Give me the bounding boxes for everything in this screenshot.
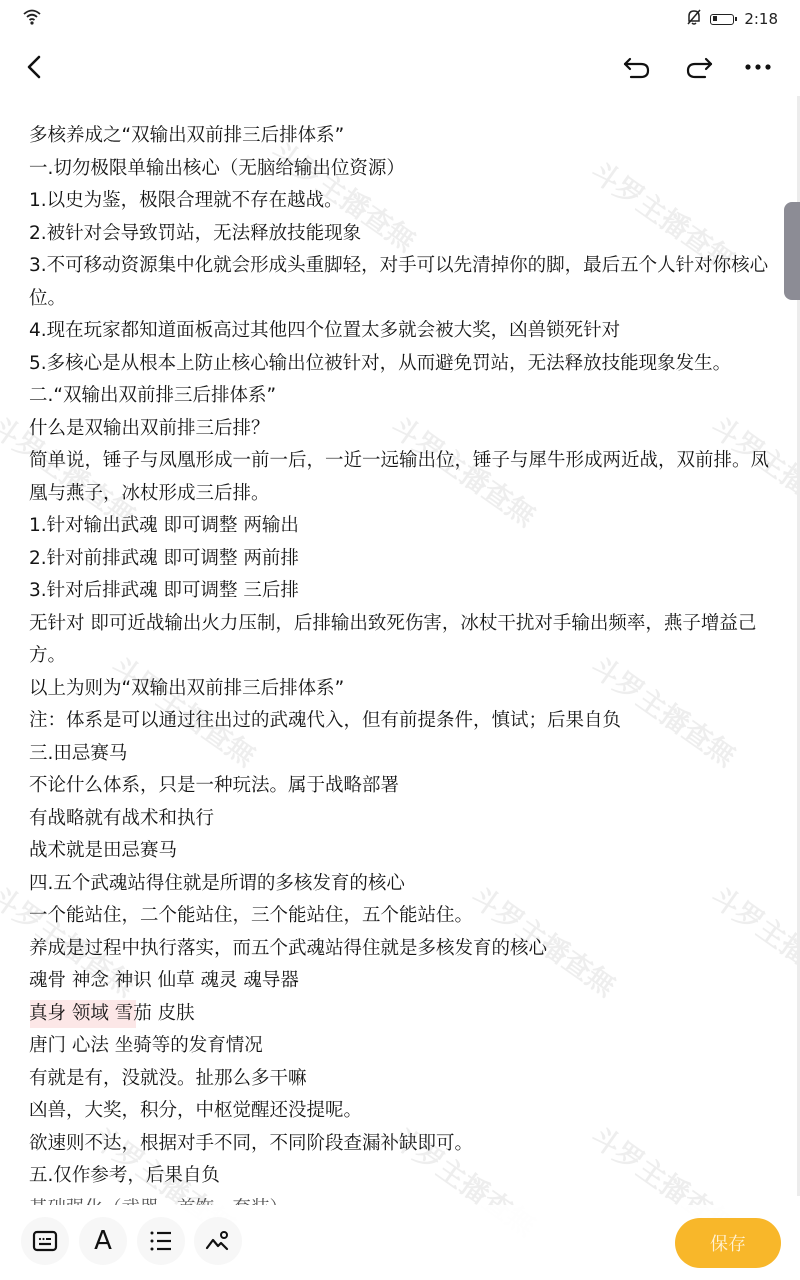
text-line: 唐门 心法 坐骑等的发育情况: [29, 1030, 774, 1063]
bottom-toolbar: A 保存: [0, 1205, 800, 1280]
section-heading-1: 一.切勿极限单输出核心（无脑给输出位资源）: [29, 153, 774, 186]
text-line-partial: 基础强化（武器，首饰，套装）: [29, 1193, 774, 1206]
text-line: 有就是有，没就没。扯那么多干嘛: [29, 1063, 774, 1096]
text-line: 3.不可移动资源集中化就会形成头重脚轻，对手可以先清掉你的脚，最后五个人针对你核…: [29, 250, 774, 315]
text-line: 注：体系是可以通过往出过的武魂代入，但有前提条件，慎试；后果自负: [29, 705, 774, 738]
top-nav: [0, 44, 800, 90]
image-icon: [205, 1230, 231, 1252]
text-line: 以上为则为“双输出双前排三后排体系”: [29, 673, 774, 706]
list-button[interactable]: [137, 1217, 185, 1265]
text-line: 3.针对后排武魂 即可调整 三后排: [29, 575, 774, 608]
text-line: 真身 领域 雪茄 皮肤: [29, 998, 774, 1031]
text-line: 2.针对前排武魂 即可调整 两前排: [29, 543, 774, 576]
text-line: 1.针对输出武魂 即可调整 两输出: [29, 510, 774, 543]
wifi-icon: [22, 8, 42, 30]
text-line: 欲速则不达，根据对手不同，不同阶段查漏补缺即可。: [29, 1128, 774, 1161]
more-button[interactable]: [735, 44, 781, 90]
status-time: 2:18: [744, 10, 778, 28]
redo-button[interactable]: [676, 44, 722, 90]
note-title-line: 多核养成之“双输出双前排三后排体系”: [29, 120, 774, 153]
font-style-button[interactable]: A: [79, 1217, 127, 1265]
text-line: 简单说，锤子与凤凰形成一前一后，一近一远输出位，锤子与犀牛形成两近战，双前排。凤…: [29, 445, 774, 510]
text-line: 战术就是田忌赛马: [29, 835, 774, 868]
chevron-left-icon: [23, 53, 47, 81]
note-editor-screen: 2:18 斗罗主: [0, 0, 800, 1280]
back-button[interactable]: [12, 44, 58, 90]
text-line: 魂骨 神念 神识 仙草 魂灵 魂导器: [29, 965, 774, 998]
text-line: 养成是过程中执行落实，而五个武魂站得住就是多核发育的核心: [29, 933, 774, 966]
section-heading-5: 五.仅作参考，后果自负: [29, 1160, 774, 1193]
save-button[interactable]: 保存: [675, 1218, 781, 1268]
font-icon: A: [94, 1226, 112, 1256]
section-heading-3: 三.田忌赛马: [29, 738, 774, 771]
section-heading-2: 二.“双输出双前排三后排体系”: [29, 380, 774, 413]
text-line: 2.被针对会导致罚站，无法释放技能现象: [29, 218, 774, 251]
keyboard-icon: [32, 1230, 58, 1252]
undo-icon: [622, 53, 652, 81]
text-line: 不论什么体系，只是一种玩法。属于战略部署: [29, 770, 774, 803]
text-line: 无针对 即可近战输出火力压制，后排输出致死伤害，冰杖干扰对手输出频率，燕子增益己…: [29, 608, 774, 673]
more-icon: [744, 63, 772, 71]
text-line: 1.以史为鉴，极限合理就不存在越战。: [29, 185, 774, 218]
undo-button[interactable]: [614, 44, 660, 90]
text-line: 5.多核心是从根本上防止核心输出位被针对，从而避免罚站，无法释放技能现象发生。: [29, 348, 774, 381]
battery-icon: [710, 14, 734, 25]
status-bar: 2:18: [0, 0, 800, 36]
text-line: 有战略就有战术和执行: [29, 803, 774, 836]
mute-icon: [686, 8, 702, 30]
note-body-editor[interactable]: 多核养成之“双输出双前排三后排体系” 一.切勿极限单输出核心（无脑给输出位资源）…: [29, 120, 774, 1205]
text-line: 什么是双输出双前排三后排？: [29, 413, 774, 446]
redo-icon: [684, 53, 714, 81]
scrollbar-thumb[interactable]: [784, 202, 800, 300]
text-line: 凶兽，大奖，积分，中枢觉醒还没提呢。: [29, 1095, 774, 1128]
text-line: 4.现在玩家都知道面板高过其他四个位置太多就会被大奖，凶兽锁死针对: [29, 315, 774, 348]
list-icon: [149, 1230, 173, 1252]
status-right: 2:18: [686, 8, 778, 30]
keyboard-button[interactable]: [21, 1217, 69, 1265]
text-line: 一个能站住，二个能站住，三个能站住，五个能站住。: [29, 900, 774, 933]
insert-image-button[interactable]: [194, 1217, 242, 1265]
section-heading-4: 四.五个武魂站得住就是所谓的多核发育的核心: [29, 868, 774, 901]
